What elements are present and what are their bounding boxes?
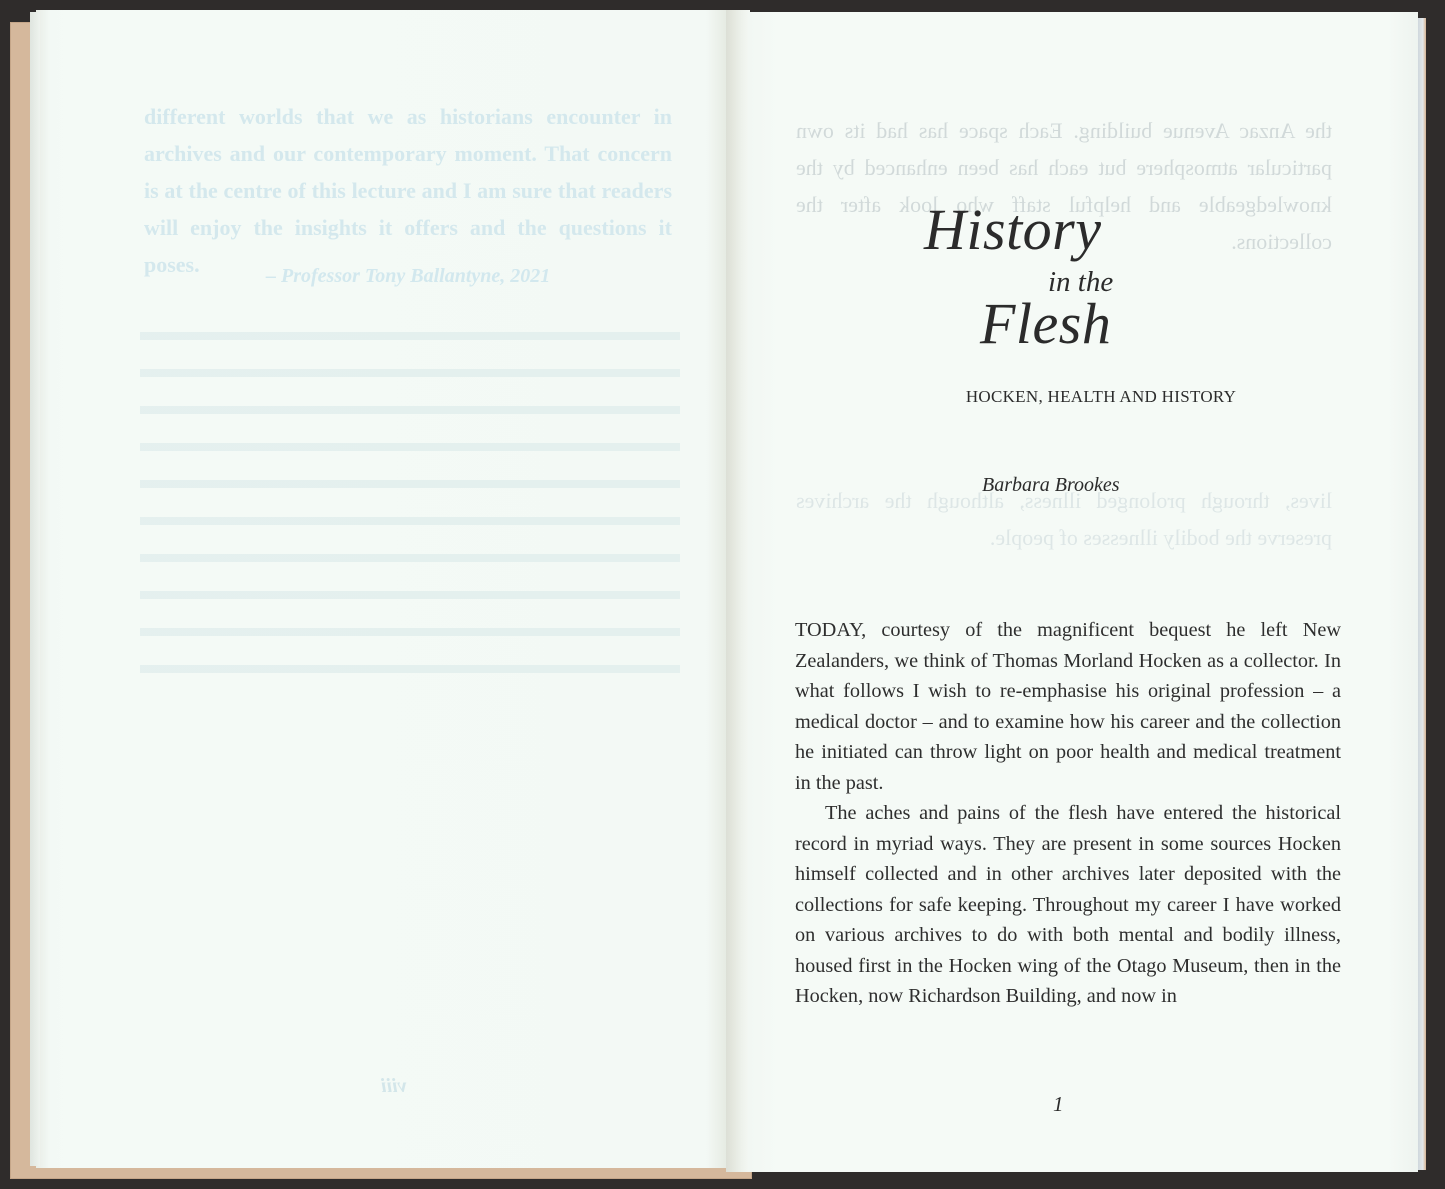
show-through-attribution: – Professor Tony Ballantyne, 2021: [266, 265, 550, 288]
left-page: different worlds that we as historians e…: [36, 10, 726, 1168]
paragraph-2: The aches and pains of the flesh have en…: [795, 798, 1341, 1012]
paragraph-1: TODAY, courtesy of the magnificent beque…: [795, 615, 1341, 798]
left-page-edge-stack: [30, 12, 40, 1166]
page-number: 1: [1053, 1092, 1064, 1117]
right-page-edge-stack: [1418, 18, 1426, 1170]
show-through-folio: viii: [381, 1075, 407, 1098]
show-through-quote: different worlds that we as historians e…: [144, 98, 672, 283]
book-gutter: [726, 10, 750, 1172]
title-line-flesh: Flesh: [980, 290, 1111, 357]
body-text: TODAY, courtesy of the magnificent beque…: [795, 615, 1341, 1012]
title-line-history: History: [924, 196, 1102, 263]
show-through-text-lines: [140, 310, 680, 680]
right-page: the Anzac Avenue building. Each space ha…: [748, 12, 1418, 1172]
author-name: Barbara Brookes: [982, 474, 1120, 497]
chapter-subtitle: HOCKEN, HEALTH AND HISTORY: [748, 387, 1418, 407]
mirrored-show-through-text-2: lives, through prolonged illness, althou…: [796, 482, 1332, 592]
